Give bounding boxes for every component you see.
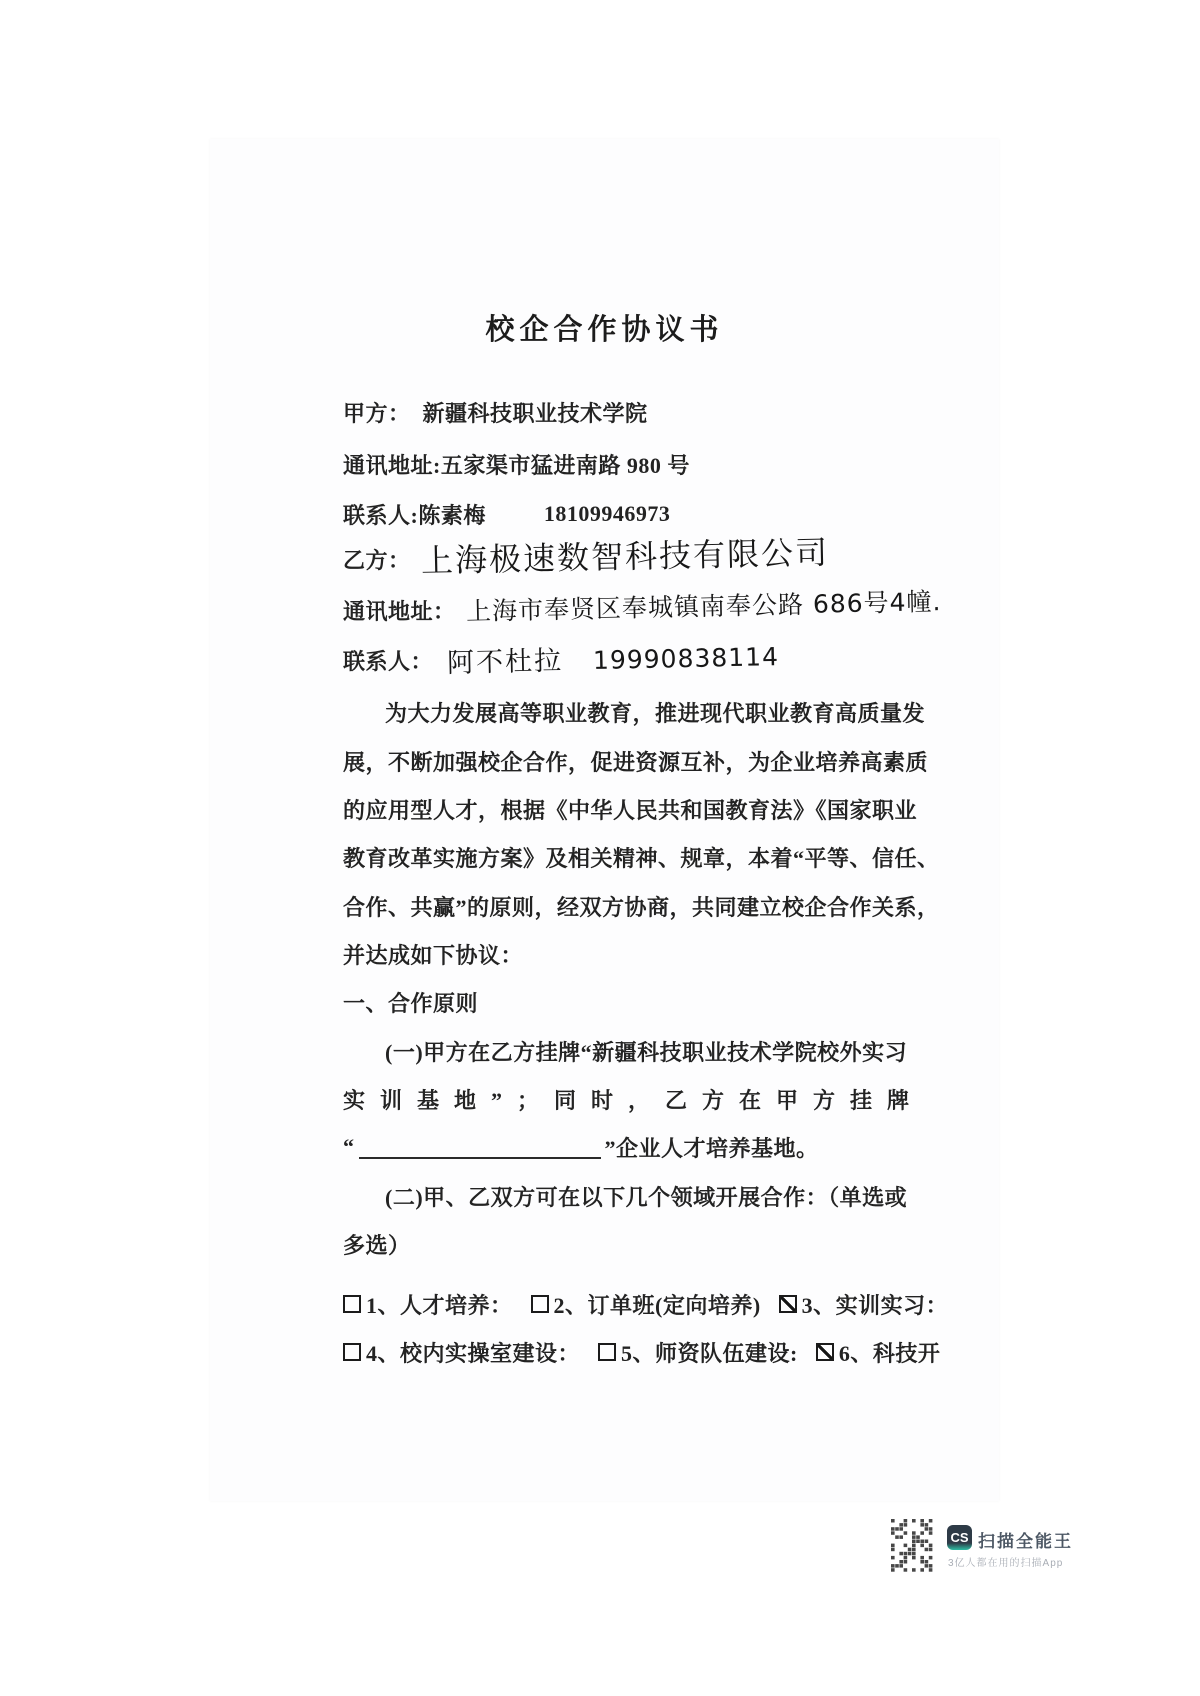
checkbox-icon — [343, 1343, 361, 1361]
party-b-label: 乙方： — [343, 544, 411, 575]
options-row-1: 1、人才培养： 2、订单班(定向培养) 3、实训实习： — [343, 1287, 955, 1321]
checkbox-icon — [531, 1295, 549, 1313]
party-b-contact-line: 联系人： 阿不杜拉 19990838114 — [343, 637, 955, 683]
party-a-address: 五家渠市猛进南路 980 号 — [441, 449, 690, 480]
scanned-document: 校企合作协议书 甲方： 新疆科技职业技术学院 通讯地址: 五家渠市猛进南路 98… — [0, 0, 1200, 1696]
camscanner-tagline: 3亿人都在用的扫描App — [948, 1554, 1063, 1569]
blank-open-quote: “ — [343, 1134, 355, 1160]
option-item: 1、人才培养： — [343, 1289, 513, 1320]
preamble-line-3: 的应用型人才，根据《中华人民共和国教育法》《国家职业 — [343, 792, 955, 826]
option-label: 3、实训实习： — [802, 1289, 949, 1320]
preamble-line-5: 合作、共赢”的原则，经双方协商，共同建立校企合作关系， — [343, 889, 955, 923]
party-b-contact-phone-handwritten: 19990838114 — [593, 642, 780, 675]
checkbox-icon — [598, 1343, 616, 1361]
section-1-item-1-line-3: “ ”企业人才培养基地。 — [343, 1130, 955, 1164]
document-page: 校企合作协议书 甲方： 新疆科技职业技术学院 通讯地址: 五家渠市猛进南路 98… — [210, 139, 999, 1501]
preamble-line-4: 教育改革实施方案》及相关精神、规章，本着“平等、信任、 — [343, 840, 955, 874]
party-a-contact-line: 联系人: 陈素梅 18109946973 — [343, 497, 955, 531]
option-item: 5、师资队伍建设: — [598, 1337, 798, 1368]
fill-in-blank-underline — [359, 1135, 601, 1159]
party-a-address-line: 通讯地址: 五家渠市猛进南路 980 号 — [343, 447, 955, 481]
preamble-line-2: 展，不断加强校企合作，促进资源互补，为企业培养高素质 — [343, 744, 955, 778]
section-1-heading: 一、合作原则 — [343, 985, 955, 1019]
party-b-contact-name-handwritten: 阿不杜拉 — [447, 638, 564, 679]
party-a-contact-phone: 18109946973 — [544, 501, 671, 527]
party-b-line: 乙方： 上海极速数智科技有限公司 — [343, 533, 955, 585]
preamble-line-6: 并达成如下协议： — [343, 937, 955, 971]
party-b-name-handwritten: 上海极速数智科技有限公司 — [420, 527, 829, 582]
party-a-line: 甲方： 新疆科技职业技术学院 — [343, 395, 955, 429]
party-b-contact-label: 联系人： — [343, 645, 433, 676]
option-item: 4、校内实操室建设： — [343, 1337, 580, 1368]
party-a-address-label: 通讯地址: — [343, 449, 441, 480]
party-a-name: 新疆科技职业技术学院 — [423, 397, 648, 428]
preamble-line-1: 为大力发展高等职业教育，推进现代职业教育高质量发 — [343, 695, 955, 729]
camscanner-app-name: 扫描全能王 — [978, 1527, 1073, 1552]
section-1-item-2-line-1: (二)甲、乙双方可在以下几个领域开展合作：（单选或 — [343, 1179, 955, 1213]
option-item: 2、订单班(定向培养) — [531, 1289, 761, 1320]
party-a-contact-name: 陈素梅 — [418, 499, 486, 530]
party-a-contact-label: 联系人: — [343, 499, 418, 530]
party-b-address-line: 通讯地址： 上海市奉贤区奉城镇南奉公路 686号4幢. — [343, 587, 955, 633]
option-label: 5、师资队伍建设: — [621, 1337, 798, 1368]
option-label: 4、校内实操室建设： — [366, 1337, 580, 1368]
section-1-item-1-line-1: (一)甲方在乙方挂牌“新疆科技职业技术学院校外实习 — [343, 1034, 955, 1068]
document-title: 校企合作协议书 — [210, 307, 999, 348]
option-label: 6、科技开 — [839, 1337, 941, 1368]
camscanner-logo-text: CS — [950, 1530, 968, 1545]
scanned-document-view: { "document": { "title": "校企合作协议书", "par… — [0, 0, 1200, 1696]
checkbox-icon — [343, 1295, 361, 1313]
qr-code — [891, 1519, 933, 1572]
checkbox-checked-icon-item: 3、实训实习： — [779, 1289, 949, 1320]
option-label: 2、订单班(定向培养) — [554, 1289, 761, 1320]
checkbox-checked-icon — [816, 1343, 834, 1361]
checkbox-checked-icon-item: 6、科技开 — [816, 1337, 941, 1368]
checkbox-checked-icon — [779, 1295, 797, 1313]
section-1-item-2-line-2: 多选） — [343, 1227, 955, 1261]
camscanner-logo-icon: CS — [947, 1525, 972, 1550]
options-row-2: 4、校内实操室建设： 5、师资队伍建设: 6、科技开 — [343, 1335, 955, 1369]
blank-close-text: ”企业人才培养基地。 — [605, 1132, 819, 1163]
party-a-label: 甲方： — [343, 397, 411, 428]
party-b-address-handwritten: 上海市奉贤区奉城镇南奉公路 686号4幢. — [465, 582, 941, 628]
party-b-address-label: 通讯地址： — [343, 595, 456, 626]
option-label: 1、人才培养： — [366, 1289, 513, 1320]
section-1-item-1-line-2: 实训基地”；同时，乙方在甲方挂牌 — [343, 1082, 955, 1116]
